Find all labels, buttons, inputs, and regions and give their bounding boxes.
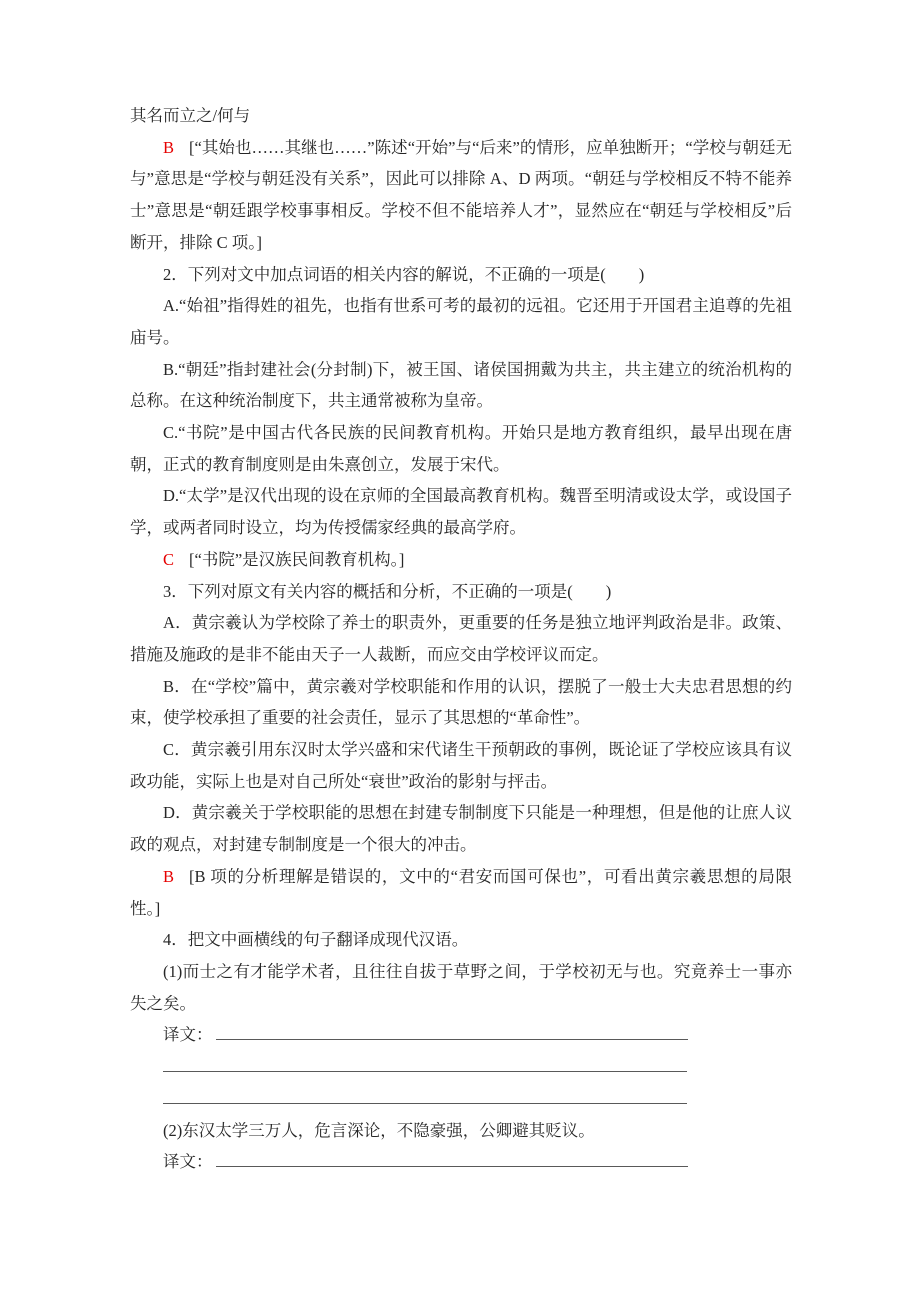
answer-blank-line[interactable] bbox=[163, 1100, 687, 1104]
translation-row-1: 译文： bbox=[130, 1019, 792, 1051]
blank-row-2 bbox=[130, 1083, 792, 1115]
translation-label-2: 译文： bbox=[163, 1152, 213, 1171]
answer-explanation-3-text: [B 项的分析理解是错误的，文中的“君安而国可保也”，可看出黄宗羲思想的局限性。… bbox=[130, 867, 792, 918]
question-3-option-b: B．在“学校”篇中，黄宗羲对学校职能和作用的认识，摆脱了一般士大夫忠君思想的约束… bbox=[130, 671, 792, 734]
question-4-stem: 4．把文中画横线的句子翻译成现代汉语。 bbox=[130, 924, 792, 956]
question-2-option-b: B.“朝廷”指封建社会(分封制)下，被王国、诸侯国拥戴为共主，共主建立的统治机构… bbox=[130, 354, 792, 417]
answer-explanation-1: B[“其始也……其继也……”陈述“开始”与“后来”的情形，应单独断开；“学校与朝… bbox=[130, 132, 792, 259]
question-2-stem: 2．下列对文中加点词语的相关内容的解说，不正确的一项是( ) bbox=[130, 259, 792, 291]
question-3-option-c: C．黄宗羲引用东汉时太学兴盛和宋代诸生干预朝政的事例，既论证了学校应该具有议政功… bbox=[130, 734, 792, 797]
question-4-item-1: (1)而士之有才能学术者，且往往自拔于草野之间，于学校初无与也。究竟养士一事亦失… bbox=[130, 956, 792, 1019]
question-4-item-2: (2)东汉太学三万人，危言深论，不隐豪强，公卿避其贬议。 bbox=[130, 1115, 792, 1147]
answer-letter-2: C bbox=[163, 550, 174, 569]
answer-letter-1: B bbox=[163, 138, 174, 157]
blank-row-1 bbox=[130, 1051, 792, 1083]
translation-row-2: 译文： bbox=[130, 1146, 792, 1178]
document-body: 其名而立之/何与 B[“其始也……其继也……”陈述“开始”与“后来”的情形，应单… bbox=[130, 100, 792, 1178]
question-2-option-a: A.“始祖”指得姓的祖先，也指有世系可考的最初的远祖。它还用于开国君主追尊的先祖… bbox=[130, 290, 792, 353]
document-page: 其名而立之/何与 B[“其始也……其继也……”陈述“开始”与“后来”的情形，应单… bbox=[0, 0, 920, 1302]
answer-letter-3: B bbox=[163, 867, 174, 886]
translation-label-1: 译文： bbox=[163, 1025, 213, 1044]
answer-explanation-1-text: [“其始也……其继也……”陈述“开始”与“后来”的情形，应单独断开；“学校与朝廷… bbox=[130, 138, 792, 252]
question-3-option-a: A．黄宗羲认为学校除了养士的职责外，更重要的任务是独立地评判政治是非。政策、措施… bbox=[130, 607, 792, 670]
answer-blank-line[interactable] bbox=[216, 1163, 688, 1167]
answer-explanation-2-text: [“书院”是汉族民间教育机构。] bbox=[189, 550, 404, 569]
question-2-option-c: C.“书院”是中国古代各民族的民间教育机构。开始只是地方教育组织，最早出现在唐朝… bbox=[130, 417, 792, 480]
answer-blank-line[interactable] bbox=[216, 1036, 688, 1040]
continued-paragraph-tail: 其名而立之/何与 bbox=[130, 100, 792, 132]
answer-blank-line[interactable] bbox=[163, 1068, 687, 1072]
question-2-option-d: D.“太学”是汉代出现的设在京师的全国最高教育机构。魏晋至明清或设太学，或设国子… bbox=[130, 480, 792, 543]
answer-explanation-2: C[“书院”是汉族民间教育机构。] bbox=[130, 544, 792, 576]
answer-explanation-3: B[B 项的分析理解是错误的，文中的“君安而国可保也”，可看出黄宗羲思想的局限性… bbox=[130, 861, 792, 924]
question-3-option-d: D．黄宗羲关于学校职能的思想在封建专制制度下只能是一种理想，但是他的让庶人议政的… bbox=[130, 797, 792, 860]
question-3-stem: 3．下列对原文有关内容的概括和分析，不正确的一项是( ) bbox=[130, 576, 792, 608]
